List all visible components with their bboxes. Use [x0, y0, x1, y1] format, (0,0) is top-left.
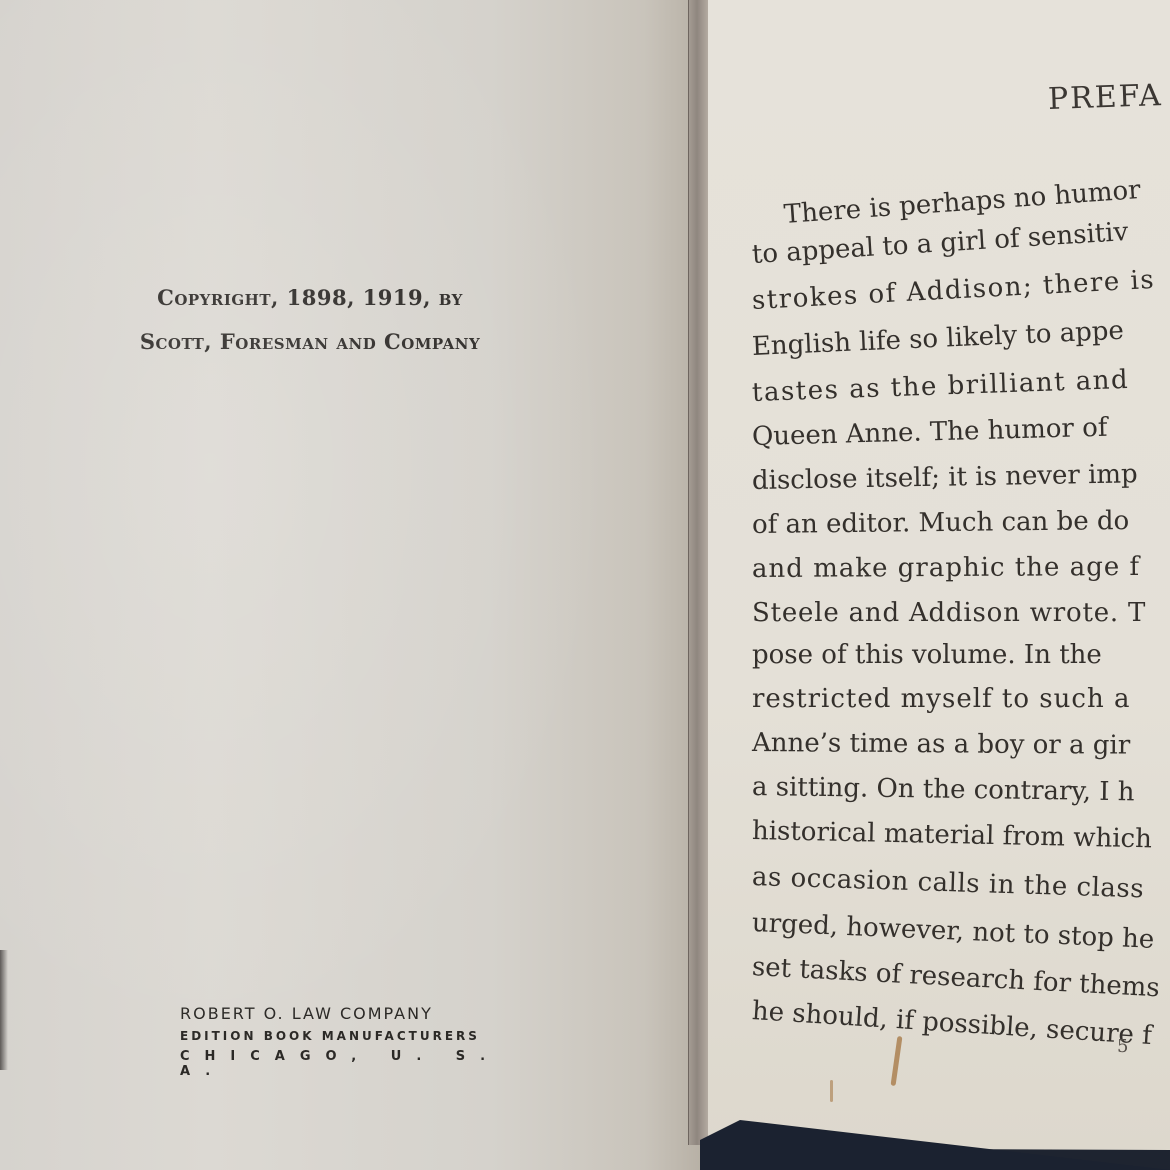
text-line: Steele and Addison wrote. T	[752, 598, 1146, 628]
text-line: restricted myself to such a	[752, 684, 1130, 714]
left-page-copyright: Copyright, 1898, 1919, by Scott, Foresma…	[0, 0, 700, 1170]
text-line: pose of this volume. In the	[752, 640, 1102, 670]
text-line: a sitting. On the contrary, I h	[752, 772, 1135, 807]
page-gutter-fold	[688, 0, 709, 1145]
page-edge-shadow	[0, 950, 8, 1070]
publisher-line: Scott, Foresman and Company	[110, 320, 510, 364]
printer-name: ROBERT O. LAW COMPANY	[180, 1004, 510, 1023]
text-line: Anne’s time as a boy or a gir	[752, 728, 1130, 761]
printer-imprint: ROBERT O. LAW COMPANY EDITION BOOK MANUF…	[180, 1004, 510, 1079]
printer-description: EDITION BOOK MANUFACTURERS	[180, 1029, 510, 1043]
preface-heading: PREFA	[1047, 78, 1163, 117]
copyright-notice: Copyright, 1898, 1919, by Scott, Foresma…	[110, 276, 510, 364]
page-number: 5	[1117, 1036, 1128, 1057]
text-line: and make graphic the age f	[752, 552, 1140, 584]
text-line: of an editor. Much can be do	[752, 506, 1129, 540]
copyright-line: Copyright, 1898, 1919, by	[110, 276, 510, 320]
printer-location: CHICAGO, U. S. A.	[180, 1049, 510, 1079]
paper-stain	[830, 1080, 833, 1102]
